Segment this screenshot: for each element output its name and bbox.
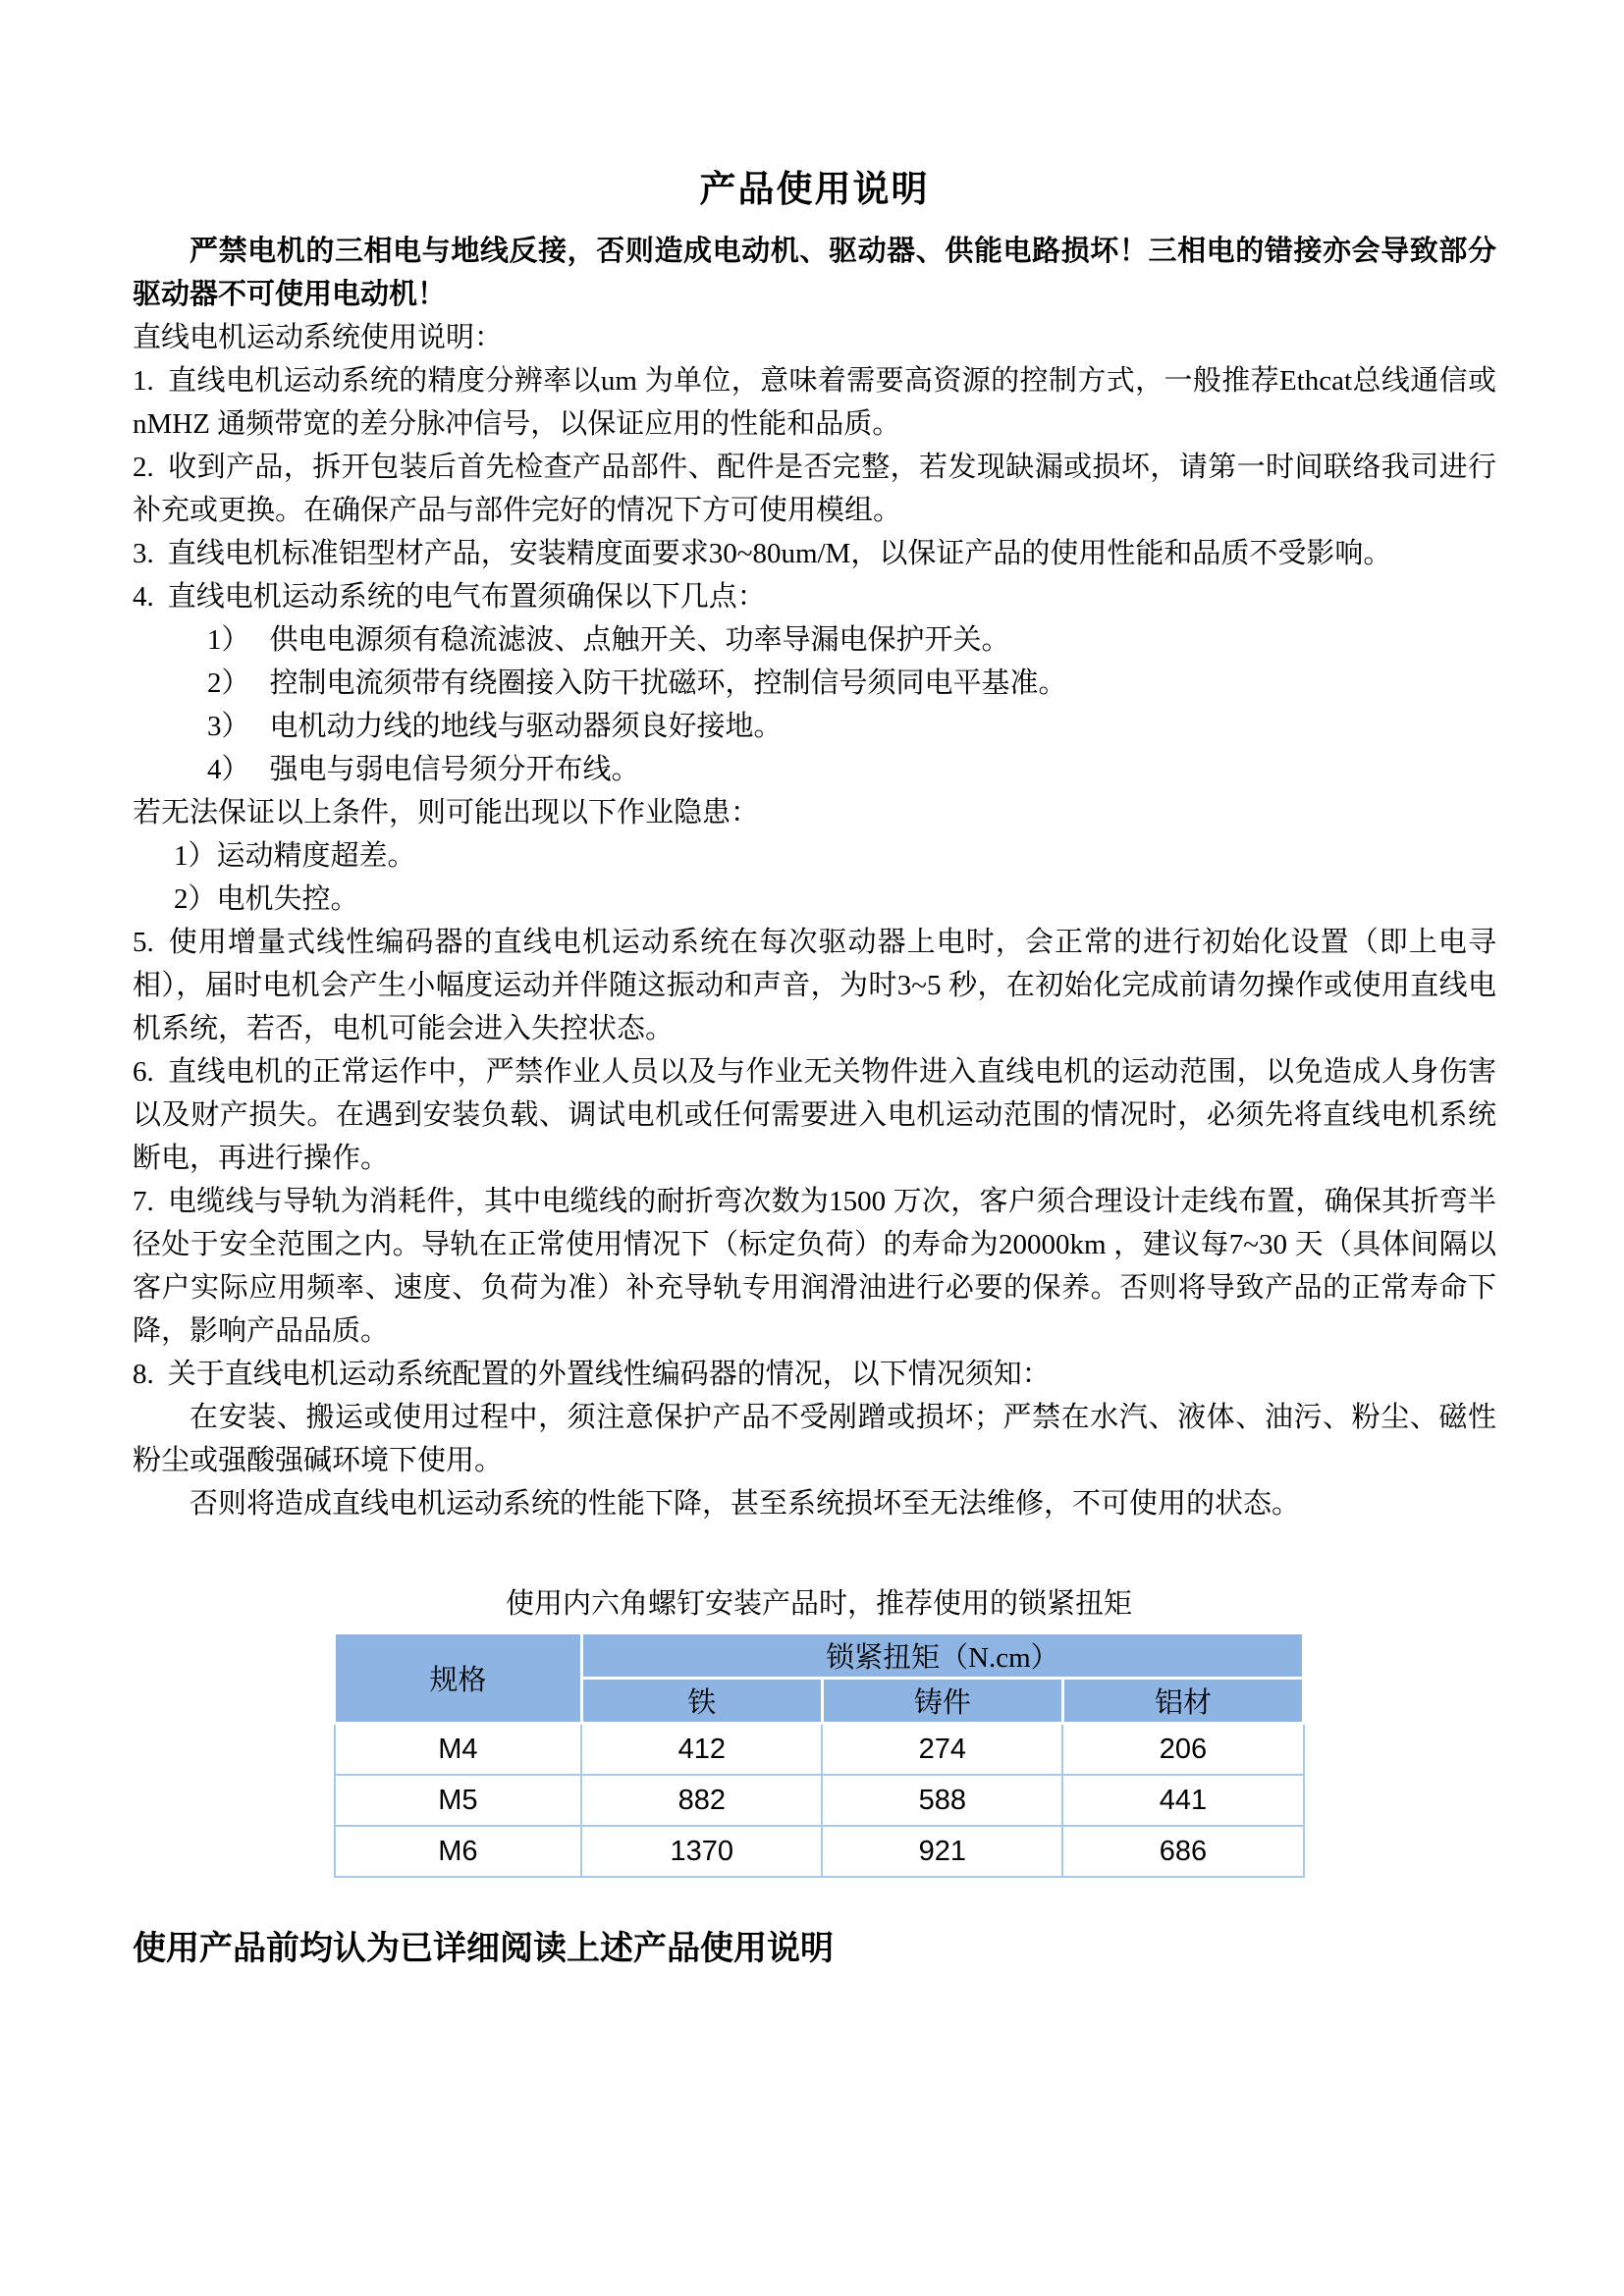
hazard-item-2: 2）电机失控。 <box>133 878 1496 921</box>
table-row: M4 412 274 206 <box>335 1724 1304 1776</box>
sub-item-3: 3）电机动力线的地线与驱动器须良好接地。 <box>133 705 1496 748</box>
section-heading: 直线电机运动系统使用说明： <box>133 316 1496 359</box>
item-text: 直线电机标准铝型材产品，安装精度面要求30~80um/M，以保证产品的使用性能和… <box>168 538 1392 569</box>
item-text: 收到产品，拆开包装后首先检查产品部件、配件是否完整，若发现缺漏或损坏，请第一时间… <box>133 452 1496 526</box>
item-text: 电缆线与导轨为消耗件，其中电缆线的耐折弯次数为1500 万次，客户须合理设计走线… <box>133 1186 1496 1347</box>
table-header-row-1: 规格 锁紧扭矩（N.cm） <box>335 1633 1304 1679</box>
item-number: 4. <box>133 581 154 613</box>
hazard-item-1: 1）运动精度超差。 <box>133 834 1496 878</box>
column-header-aluminum: 铝材 <box>1062 1679 1303 1724</box>
footer-statement: 使用产品前均认为已详细阅读上述产品使用说明 <box>133 1929 1496 1970</box>
column-header-iron: 铁 <box>581 1679 822 1724</box>
numbered-item-5: 5.使用增量式线性编码器的直线电机运动系统在每次驱动器上电时，会正常的进行初始化… <box>133 921 1496 1050</box>
spec-cell: M4 <box>335 1724 582 1776</box>
sub-item-number: 1） <box>207 624 250 656</box>
item-number: 6. <box>133 1056 154 1088</box>
column-header-casting: 铸件 <box>822 1679 1062 1724</box>
value-cell: 206 <box>1062 1724 1303 1776</box>
value-cell: 588 <box>822 1775 1062 1826</box>
item-text: 使用增量式线性编码器的直线电机运动系统在每次驱动器上电时，会正常的进行初始化设置… <box>133 927 1496 1044</box>
warning-paragraph: 严禁电机的三相电与地线反接，否则造成电动机、驱动器、供能电路损坏！三相电的错接亦… <box>133 230 1496 316</box>
numbered-item-3: 3.直线电机标准铝型材产品，安装精度面要求30~80um/M，以保证产品的使用性… <box>133 532 1496 575</box>
table-caption: 使用内六角螺钉安装产品时，推荐使用的锁紧扭矩 <box>333 1586 1305 1622</box>
sub-item-text: 供电电源须有稳流滤波、点触开关、功率导漏电保护开关。 <box>270 624 1010 656</box>
sub-item-text: 电机动力线的地线与驱动器须良好接地。 <box>270 711 783 742</box>
value-cell: 1370 <box>581 1826 822 1877</box>
group-header-cell: 锁紧扭矩（N.cm） <box>581 1633 1303 1679</box>
corner-header-cell: 规格 <box>335 1633 582 1724</box>
value-cell: 274 <box>822 1724 1062 1776</box>
item8-paragraph-1: 在安装、搬运或使用过程中，须注意保护产品不受剐蹭或损坏；严禁在水汽、液体、油污、… <box>133 1396 1496 1482</box>
spec-cell: M5 <box>335 1775 582 1826</box>
torque-table: 规格 锁紧扭矩（N.cm） 铁 铸件 铝材 M4 412 274 206 M5 … <box>333 1631 1305 1878</box>
item-number: 1. <box>133 365 154 397</box>
table-row: M5 882 588 441 <box>335 1775 1304 1826</box>
numbered-item-6: 6.直线电机的正常运作中，严禁作业人员以及与作业无关物件进入直线电机的运动范围，… <box>133 1050 1496 1180</box>
sub-item-4: 4）强电与弱电信号须分开布线。 <box>133 748 1496 791</box>
numbered-item-1: 1.直线电机运动系统的精度分辨率以um 为单位，意味着需要高资源的控制方式，一般… <box>133 359 1496 446</box>
page-title: 产品使用说明 <box>133 169 1496 212</box>
item-number: 5. <box>133 927 154 958</box>
table-row: M6 1370 921 686 <box>335 1826 1304 1877</box>
sub-item-text: 控制电流须带有绕圈接入防干扰磁环，控制信号须同电平基准。 <box>270 667 1067 699</box>
item-text: 关于直线电机运动系统配置的外置线性编码器的情况，以下情况须知： <box>168 1359 1051 1390</box>
value-cell: 686 <box>1062 1826 1303 1877</box>
item-text: 直线电机运动系统的精度分辨率以um 为单位，意味着需要高资源的控制方式，一般推荐… <box>133 365 1496 440</box>
value-cell: 441 <box>1062 1775 1303 1826</box>
value-cell: 882 <box>581 1775 822 1826</box>
numbered-item-7: 7.电缆线与导轨为消耗件，其中电缆线的耐折弯次数为1500 万次，客户须合理设计… <box>133 1180 1496 1353</box>
item-number: 7. <box>133 1186 154 1217</box>
condition-paragraph: 若无法保证以上条件，则可能出现以下作业隐患： <box>133 791 1496 834</box>
document-page: 产品使用说明 严禁电机的三相电与地线反接，否则造成电动机、驱动器、供能电路损坏！… <box>0 0 1624 2296</box>
numbered-item-4: 4.直线电机运动系统的电气布置须确保以下几点： <box>133 575 1496 618</box>
item8-paragraph-2: 否则将造成直线电机运动系统的性能下降，甚至系统损坏至无法维修，不可使用的状态。 <box>133 1482 1496 1525</box>
sub-item-2: 2）控制电流须带有绕圈接入防干扰磁环，控制信号须同电平基准。 <box>133 662 1496 705</box>
numbered-item-8: 8.关于直线电机运动系统配置的外置线性编码器的情况，以下情况须知： <box>133 1353 1496 1396</box>
item-number: 3. <box>133 538 154 569</box>
sub-item-number: 4） <box>207 754 250 785</box>
value-cell: 412 <box>581 1724 822 1776</box>
item-text: 直线电机运动系统的电气布置须确保以下几点： <box>168 581 766 613</box>
item-number: 8. <box>133 1359 154 1390</box>
sub-item-text: 强电与弱电信号须分开布线。 <box>270 754 640 785</box>
sub-item-1: 1）供电电源须有稳流滤波、点触开关、功率导漏电保护开关。 <box>133 618 1496 662</box>
sub-item-number: 2） <box>207 667 250 699</box>
item-number: 2. <box>133 452 154 483</box>
numbered-item-2: 2.收到产品，拆开包装后首先检查产品部件、配件是否完整，若发现缺漏或损坏，请第一… <box>133 446 1496 532</box>
item-text: 直线电机的正常运作中，严禁作业人员以及与作业无关物件进入直线电机的运动范围，以免… <box>133 1056 1496 1174</box>
spec-cell: M6 <box>335 1826 582 1877</box>
sub-item-number: 3） <box>207 711 250 742</box>
value-cell: 921 <box>822 1826 1062 1877</box>
